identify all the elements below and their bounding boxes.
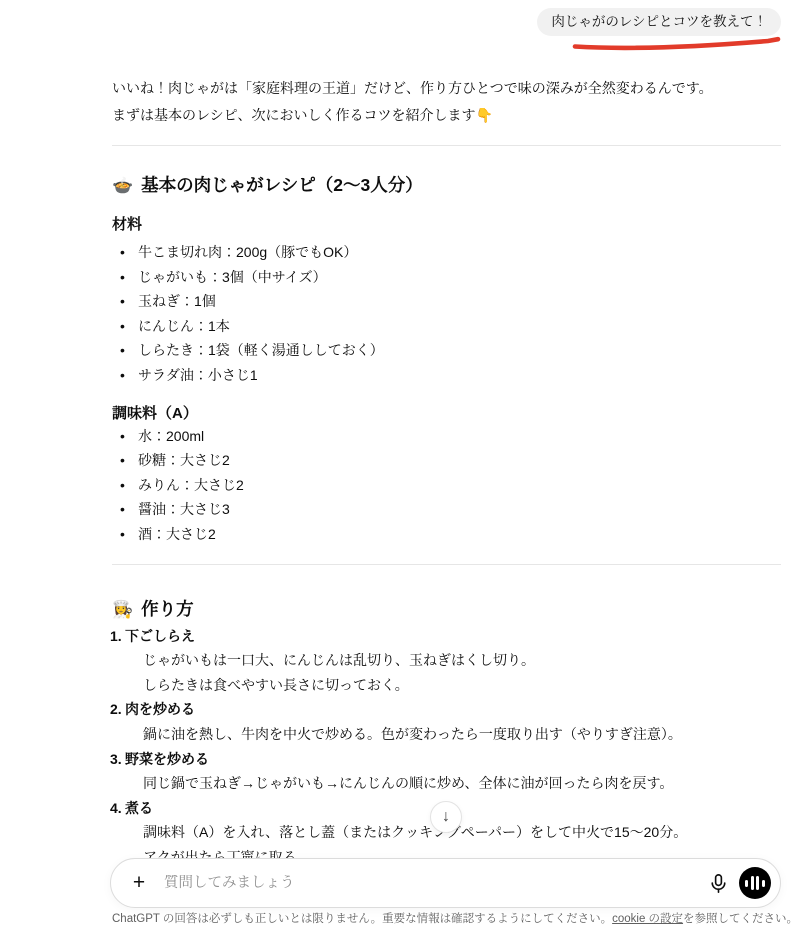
step-title: 肉を炒める bbox=[125, 697, 195, 722]
user-message-text: 肉じゃがのレシピとコツを教えて！ bbox=[551, 14, 767, 29]
step-description: しらたきは食べやすい長さに切っておく。 bbox=[143, 673, 781, 698]
list-item: 醤油：大さじ3 bbox=[112, 497, 781, 522]
recipe-section-title: 🍲基本の肉じゃがレシピ（2〜3人分） bbox=[112, 174, 781, 197]
disclaimer-footer: ChatGPT の回答は必ずしも正しいとは限りません。重要な情報は確認するように… bbox=[112, 910, 781, 926]
intro-line: いいね！肉じゃがは「家庭料理の王道」だけど、作り方ひとつで味の深みが全然変わるん… bbox=[112, 75, 781, 102]
list-item: 玉ねぎ：1個 bbox=[112, 289, 781, 314]
attach-plus-button[interactable]: + bbox=[127, 871, 151, 895]
disclaimer-text: ChatGPT の回答は必ずしも正しいとは限りません。重要な情報は確認するように… bbox=[112, 913, 612, 925]
chat-page: 肉じゃがのレシピとコツを教えて！ いいね！肉じゃがは「家庭料理の王道」だけど、作… bbox=[0, 0, 797, 931]
user-message-bubble: 肉じゃがのレシピとコツを教えて！ bbox=[537, 8, 781, 36]
howto-title-text: 作り方 bbox=[141, 599, 194, 619]
message-composer[interactable]: + bbox=[110, 858, 781, 908]
step-description: じゃがいもは一口大、にんじんは乱切り、玉ねぎはくし切り。 bbox=[143, 648, 781, 673]
step-description: 調味料（A）を入れ、落とし蓋（またはクッキングペーパー）をして中火で15〜20分… bbox=[143, 820, 781, 845]
step-number: 1. bbox=[110, 624, 128, 649]
seasoning-list: 水：200ml 砂糖：大さじ2 みりん：大さじ2 醤油：大さじ3 酒：大さじ2 bbox=[112, 424, 781, 547]
list-item: しらたき：1袋（軽く湯通ししておく） bbox=[112, 338, 781, 363]
step-number: 4. bbox=[110, 796, 128, 821]
red-underline-annotation bbox=[572, 35, 782, 53]
disclaimer-suffix: を参照してください。 bbox=[683, 913, 797, 925]
step-description: 同じ鍋で玉ねぎ→じゃがいも→にんじんの順に炒め、全体に油が回ったら肉を戻す。 bbox=[143, 771, 781, 796]
step-number: 2. bbox=[110, 697, 128, 722]
microphone-icon bbox=[707, 872, 730, 895]
list-item: 砂糖：大さじ2 bbox=[112, 448, 781, 473]
pot-of-food-emoji: 🍲 bbox=[112, 176, 133, 195]
section-divider bbox=[112, 564, 781, 565]
voice-waveform-icon bbox=[745, 876, 765, 890]
user-message-row: 肉じゃがのレシピとコツを教えて！ bbox=[112, 8, 781, 36]
howto-section-title: 👩‍🍳作り方 bbox=[112, 598, 781, 621]
list-item: 牛こま切れ肉：200g（豚でもOK） bbox=[112, 240, 781, 265]
section-divider bbox=[112, 145, 781, 146]
list-item: にんじん：1本 bbox=[112, 314, 781, 339]
cookie-settings-link[interactable]: cookie の設定 bbox=[612, 913, 683, 925]
conversation-column: 肉じゃがのレシピとコツを教えて！ いいね！肉じゃがは「家庭料理の王道」だけど、作… bbox=[112, 0, 781, 869]
voice-mode-button[interactable] bbox=[739, 867, 771, 899]
step-description: 鍋に油を熱し、牛肉を中火で炒める。色が変わったら一度取り出す（やりすぎ注意）。 bbox=[143, 722, 781, 747]
seasoning-heading: 調味料（A） bbox=[112, 404, 781, 424]
list-item: 水：200ml bbox=[112, 424, 781, 449]
list-item: 酒：大さじ2 bbox=[112, 522, 781, 547]
list-item: サラダ油：小さじ1 bbox=[112, 363, 781, 388]
list-item: じゃがいも：3個（中サイズ） bbox=[112, 265, 781, 290]
message-input[interactable] bbox=[164, 875, 702, 891]
list-item: みりん：大さじ2 bbox=[112, 473, 781, 498]
recipe-title-text: 基本の肉じゃがレシピ（2〜3人分） bbox=[141, 175, 423, 195]
assistant-intro: いいね！肉じゃがは「家庭料理の王道」だけど、作り方ひとつで味の深みが全然変わるん… bbox=[112, 75, 781, 129]
cook-emoji: 👩‍🍳 bbox=[112, 600, 133, 619]
ingredients-heading: 材料 bbox=[112, 215, 781, 235]
step-title: 煮る bbox=[125, 796, 153, 821]
scroll-to-bottom-button[interactable]: ↓ bbox=[430, 801, 462, 833]
dictate-button[interactable] bbox=[702, 867, 734, 899]
down-arrow-icon: ↓ bbox=[442, 808, 450, 826]
step-title: 下ごしらえ bbox=[125, 624, 195, 649]
step-title: 野菜を炒める bbox=[125, 747, 209, 772]
step-number: 3. bbox=[110, 747, 128, 772]
intro-line: まずは基本のレシピ、次においしく作るコツを紹介します👇 bbox=[112, 102, 781, 129]
step-item: 3. 野菜を炒める 同じ鍋で玉ねぎ→じゃがいも→にんじんの順に炒め、全体に油が回… bbox=[112, 747, 781, 796]
step-item: 1. 下ごしらえ じゃがいもは一口大、にんじんは乱切り、玉ねぎはくし切り。 しら… bbox=[112, 624, 781, 698]
plus-icon: + bbox=[133, 871, 145, 894]
composer-area: + ChatGPT の回答は必ずしも正しいとは限りません。重要な情報は確認するよ… bbox=[0, 852, 797, 931]
step-item: 2. 肉を炒める 鍋に油を熱し、牛肉を中火で炒める。色が変わったら一度取り出す（… bbox=[112, 697, 781, 746]
ingredients-list: 牛こま切れ肉：200g（豚でもOK） じゃがいも：3個（中サイズ） 玉ねぎ：1個… bbox=[112, 240, 781, 388]
